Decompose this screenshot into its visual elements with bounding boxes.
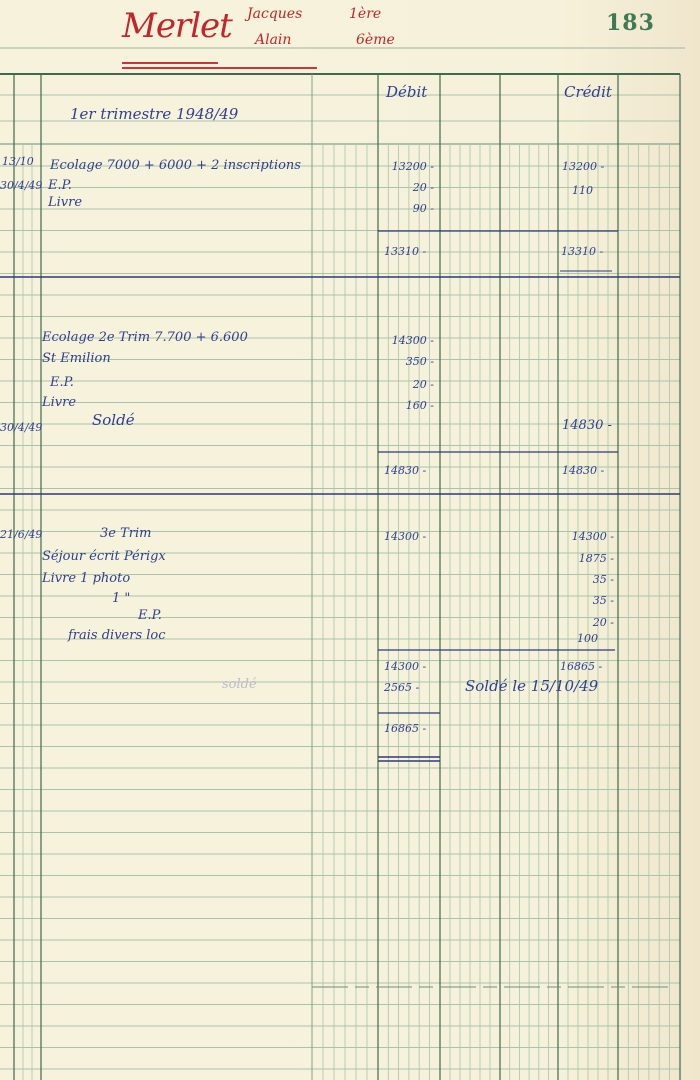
debit-value: 350 - bbox=[370, 354, 434, 370]
debit-value: 13200 - bbox=[370, 159, 434, 175]
credit-value: 1875 - bbox=[550, 551, 614, 567]
credit-value: 110 bbox=[572, 183, 593, 199]
entry-label: Ecolage 2e Trim 7.700 + 6.600 bbox=[42, 330, 248, 346]
debit-total: 14830 - bbox=[384, 463, 426, 479]
entry-label: Livre bbox=[48, 195, 82, 211]
credit-value: 20 - bbox=[550, 615, 614, 631]
section-2-date: 30/4/49 bbox=[0, 420, 42, 436]
section-1-date-1: 13/10 bbox=[2, 154, 34, 170]
debit-total: 13310 - bbox=[384, 244, 426, 260]
section-1-date-2: 30/4/49 bbox=[0, 178, 42, 194]
entry-label: 1 " bbox=[112, 591, 130, 607]
credit-value: 35 - bbox=[550, 593, 614, 609]
ledger-page: Merlet Jacques Alain 1ère 6ème 183 Débit… bbox=[0, 0, 700, 1080]
debit-value: 90 - bbox=[370, 201, 434, 217]
credit-total: 14830 - bbox=[562, 463, 604, 479]
debit-balance: 2565 - bbox=[384, 680, 419, 696]
entry-label: St Emilion bbox=[42, 351, 111, 367]
debit-value: 14300 - bbox=[384, 529, 426, 545]
entry-label: Séjour écrit Périgx bbox=[42, 549, 166, 565]
credit-value: 35 - bbox=[550, 572, 614, 588]
entry-label: Ecolage 7000 + 6000 + 2 inscriptions bbox=[50, 158, 301, 174]
section-3-title: 3e Trim bbox=[100, 526, 151, 542]
entry-label: Livre 1 photo bbox=[42, 571, 130, 587]
page-number: 183 bbox=[606, 10, 655, 36]
section-1-title: 1er trimestre 1948/49 bbox=[70, 106, 238, 122]
class-1: 1ère bbox=[349, 6, 381, 22]
debit-value: 160 - bbox=[370, 398, 434, 414]
balance-note: Soldé le 15/10/49 bbox=[465, 678, 598, 694]
faint-pencil-mark: soldé bbox=[222, 677, 257, 693]
entry-label: frais divers loc bbox=[68, 628, 166, 644]
student-surname: Merlet bbox=[122, 6, 232, 46]
red-underline-short bbox=[122, 62, 218, 64]
credit-value: 100 bbox=[550, 631, 598, 647]
debit-total: 14300 - bbox=[384, 659, 426, 675]
red-underline-long bbox=[122, 67, 317, 69]
credit-column-header: Crédit bbox=[564, 84, 612, 100]
entry-label: Livre bbox=[42, 395, 76, 411]
entry-label-solde: Soldé bbox=[92, 412, 135, 428]
debit-grand-total: 16865 - bbox=[384, 721, 426, 737]
class-2: 6ème bbox=[356, 32, 395, 48]
first-name-2: Alain bbox=[255, 32, 291, 48]
entry-label: E.P. bbox=[48, 178, 72, 194]
entry-label: E.P. bbox=[50, 375, 74, 391]
credit-value: 14300 - bbox=[550, 529, 614, 545]
credit-value: 14830 - bbox=[562, 418, 612, 434]
debit-value: 20 - bbox=[370, 180, 434, 196]
debit-column-header: Débit bbox=[386, 84, 427, 100]
credit-value: 13200 - bbox=[562, 159, 604, 175]
credit-total: 16865 - bbox=[560, 659, 602, 675]
debit-value: 20 - bbox=[370, 377, 434, 393]
section-3-date: 21/6/49 bbox=[0, 527, 42, 543]
first-name-1: Jacques bbox=[247, 6, 302, 22]
entry-label: E.P. bbox=[138, 608, 162, 624]
debit-value: 14300 - bbox=[370, 333, 434, 349]
credit-total: 13310 - bbox=[561, 244, 603, 260]
